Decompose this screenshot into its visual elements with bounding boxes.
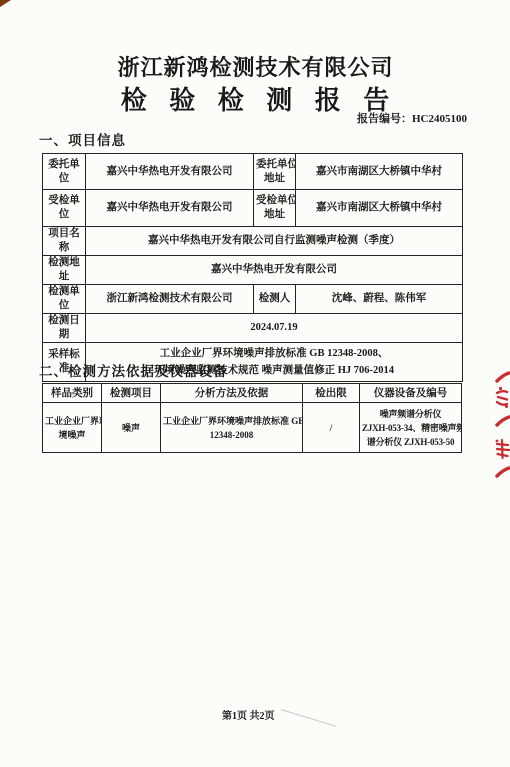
date-label-cell: 检测日期 bbox=[43, 314, 86, 343]
instrument-line1: 噪声频谱分析仪 bbox=[362, 407, 459, 421]
test-addr-value-cell: 嘉兴中华热电开发有限公司 bbox=[86, 256, 463, 285]
project-label-cell: 项目名称 bbox=[43, 227, 86, 256]
scan-scratch-artifact bbox=[281, 709, 337, 727]
sample-category-cell: 工业企业厂界环 境噪声 bbox=[43, 403, 102, 453]
test-org-value-cell: 浙江新鸿检测技术有限公司 bbox=[86, 285, 254, 314]
report-number: 报告编号：HC2405100 bbox=[357, 110, 467, 126]
method-instrument-table: 样品类别 检测项目 分析方法及依据 检出限 仪器设备及编号 工业企业厂界环 境噪… bbox=[42, 383, 462, 453]
red-seal-fragment-graphic bbox=[488, 365, 510, 485]
scan-corner-artifact bbox=[0, 0, 11, 7]
inspected-addr-value-cell: 嘉兴市南湖区大桥镇中华村 bbox=[296, 190, 463, 227]
project-value-cell: 嘉兴中华热电开发有限公司自行监测噪声检测（季度） bbox=[86, 227, 463, 256]
client-addr-label-cell: 委托单位地址 bbox=[254, 154, 296, 190]
instrument-line2: ZJXH-053-34、精密噪声频 bbox=[362, 421, 459, 435]
test-org-label-cell: 检测单位 bbox=[43, 285, 86, 314]
sample-category-line1: 工业企业厂界环 bbox=[45, 414, 99, 428]
instrument-line3: 谱分析仪 ZJXH-053-50 bbox=[362, 435, 459, 449]
project-info-table: 委托单位 嘉兴中华热电开发有限公司 委托单位地址 嘉兴市南湖区大桥镇中华村 受检… bbox=[42, 153, 463, 382]
inspected-value-cell: 嘉兴中华热电开发有限公司 bbox=[86, 190, 254, 227]
inspected-addr-label-line1: 受检单位 bbox=[256, 194, 293, 208]
client-addr-value-cell: 嘉兴市南湖区大桥镇中华村 bbox=[296, 154, 463, 190]
col-header-instrument: 仪器设备及编号 bbox=[360, 384, 462, 403]
section1-heading: 一、项目信息 bbox=[39, 129, 126, 149]
report-number-label: 报告编号： bbox=[357, 113, 412, 125]
scanned-report-page: 浙江新鸿检测技术有限公司 检 验 检 测 报 告 报告编号：HC2405100 … bbox=[0, 0, 510, 767]
detection-limit-cell: / bbox=[303, 403, 360, 453]
client-label-cell: 委托单位 bbox=[43, 154, 86, 190]
inspected-label-cell: 受检单位 bbox=[43, 190, 86, 227]
table-header-row: 样品类别 检测项目 分析方法及依据 检出限 仪器设备及编号 bbox=[43, 384, 462, 403]
client-value-cell: 嘉兴中华热电开发有限公司 bbox=[86, 154, 254, 190]
table-row: 受检单位 嘉兴中华热电开发有限公司 受检单位地址 嘉兴市南湖区大桥镇中华村 bbox=[43, 190, 463, 227]
inspected-addr-label-line2: 地址 bbox=[256, 208, 293, 222]
test-addr-label-cell: 检测地址 bbox=[43, 256, 86, 285]
red-seal-fragment bbox=[488, 365, 510, 485]
table-row: 检测单位 浙江新鸿检测技术有限公司 检测人 沈峰、蔚程、陈伟军 bbox=[43, 285, 463, 314]
table-row: 检测地址 嘉兴中华热电开发有限公司 bbox=[43, 256, 463, 285]
col-header-detection-limit: 检出限 bbox=[303, 384, 360, 403]
inspected-addr-label-cell: 受检单位地址 bbox=[254, 190, 296, 227]
section2-heading: 二、检测方法依据及仪器设备 bbox=[39, 360, 228, 380]
page-number: 第1页 共2页 bbox=[222, 707, 275, 722]
report-number-value: HC2405100 bbox=[412, 113, 467, 125]
method-cell: 工业企业厂界环境噪声排放标准 GB 12348-2008 bbox=[161, 403, 303, 453]
client-addr-label-line1: 委托单位 bbox=[256, 158, 293, 172]
instrument-cell: 噪声频谱分析仪 ZJXH-053-34、精密噪声频 谱分析仪 ZJXH-053-… bbox=[360, 403, 462, 453]
tester-label-cell: 检测人 bbox=[254, 285, 296, 314]
table-row: 工业企业厂界环 境噪声 噪声 工业企业厂界环境噪声排放标准 GB 12348-2… bbox=[43, 403, 462, 453]
tester-value-cell: 沈峰、蔚程、陈伟军 bbox=[296, 285, 463, 314]
table-row: 委托单位 嘉兴中华热电开发有限公司 委托单位地址 嘉兴市南湖区大桥镇中华村 bbox=[43, 154, 463, 190]
client-addr-label-line2: 地址 bbox=[256, 172, 293, 186]
table-row: 检测日期 2024.07.19 bbox=[43, 314, 463, 343]
col-header-sample-category: 样品类别 bbox=[43, 384, 102, 403]
date-value-cell: 2024.07.19 bbox=[86, 314, 463, 343]
test-item-cell: 噪声 bbox=[102, 403, 161, 453]
method-line1: 工业企业厂界环境噪声排放标准 GB bbox=[163, 414, 300, 428]
sample-category-line2: 境噪声 bbox=[45, 428, 99, 442]
col-header-method: 分析方法及依据 bbox=[161, 384, 303, 403]
table-row: 项目名称 嘉兴中华热电开发有限公司自行监测噪声检测（季度） bbox=[43, 227, 463, 256]
method-line2: 12348-2008 bbox=[163, 428, 300, 442]
col-header-test-item: 检测项目 bbox=[102, 384, 161, 403]
company-name-title: 浙江新鸿检测技术有限公司 bbox=[0, 51, 510, 82]
